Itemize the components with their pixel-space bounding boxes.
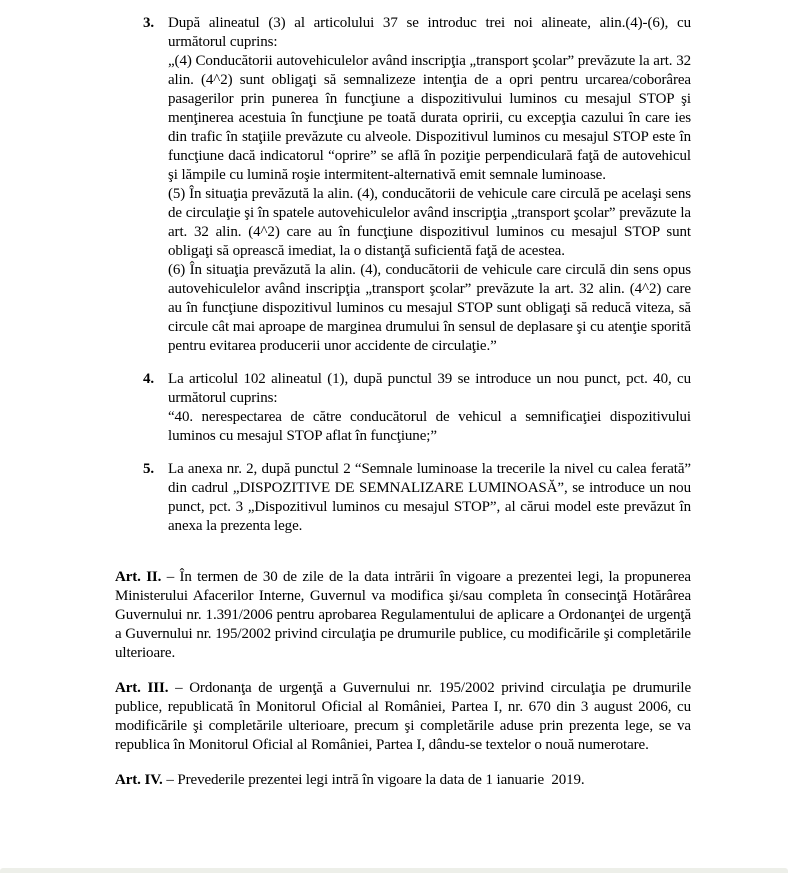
article-4: Art. IV. – Prevederile prezentei legi in… [115, 771, 691, 790]
article-3-text: – Ordonanţa de urgenţă a Guvernului nr. … [115, 680, 691, 753]
article-4-label: Art. IV. [115, 772, 163, 788]
list-item-3-number: 3. [143, 14, 168, 356]
article-2: Art. II. – În termen de 30 de zile de la… [115, 568, 691, 663]
article-4-text: – Prevederile prezentei legi intră în vi… [163, 772, 585, 788]
list-item-5: 5. La anexa nr. 2, după punctul 2 “Semna… [115, 460, 691, 536]
list-item-5-body: La anexa nr. 2, după punctul 2 “Semnale … [168, 460, 691, 536]
list-item-5-number: 5. [143, 460, 168, 536]
list-item-3-body: După alineatul (3) al articolului 37 se … [168, 14, 691, 356]
list-item-4-number: 4. [143, 370, 168, 446]
list-item-4: 4. La articolul 102 alineatul (1), după … [115, 370, 691, 446]
paragraph-pct-40: “40. nerespectarea de către conducătorul… [168, 408, 691, 446]
article-3: Art. III. – Ordonanţa de urgenţă a Guver… [115, 679, 691, 755]
paragraph-alin-5: (5) În situaţia prevăzută la alin. (4), … [168, 185, 691, 261]
document-page: 3. După alineatul (3) al articolului 37 … [0, 0, 788, 873]
paragraph-intro: După alineatul (3) al articolului 37 se … [168, 14, 691, 52]
list-item-3: 3. După alineatul (3) al articolului 37 … [115, 14, 691, 356]
article-2-label: Art. II. [115, 569, 161, 585]
paragraph-alin-6: (6) În situaţia prevăzută la alin. (4), … [168, 261, 691, 356]
paragraph-intro: La articolul 102 alineatul (1), după pun… [168, 370, 691, 408]
article-2-text: – În termen de 30 de zile de la data int… [115, 569, 691, 661]
list-item-4-body: La articolul 102 alineatul (1), după pun… [168, 370, 691, 446]
article-3-label: Art. III. [115, 680, 168, 696]
paragraph-anexa: La anexa nr. 2, după punctul 2 “Semnale … [168, 460, 691, 536]
articles-section: Art. II. – În termen de 30 de zile de la… [115, 568, 691, 790]
paragraph-alin-4: „(4) Conducătorii autovehiculelor având … [168, 52, 691, 185]
page-bottom-edge [0, 868, 788, 873]
